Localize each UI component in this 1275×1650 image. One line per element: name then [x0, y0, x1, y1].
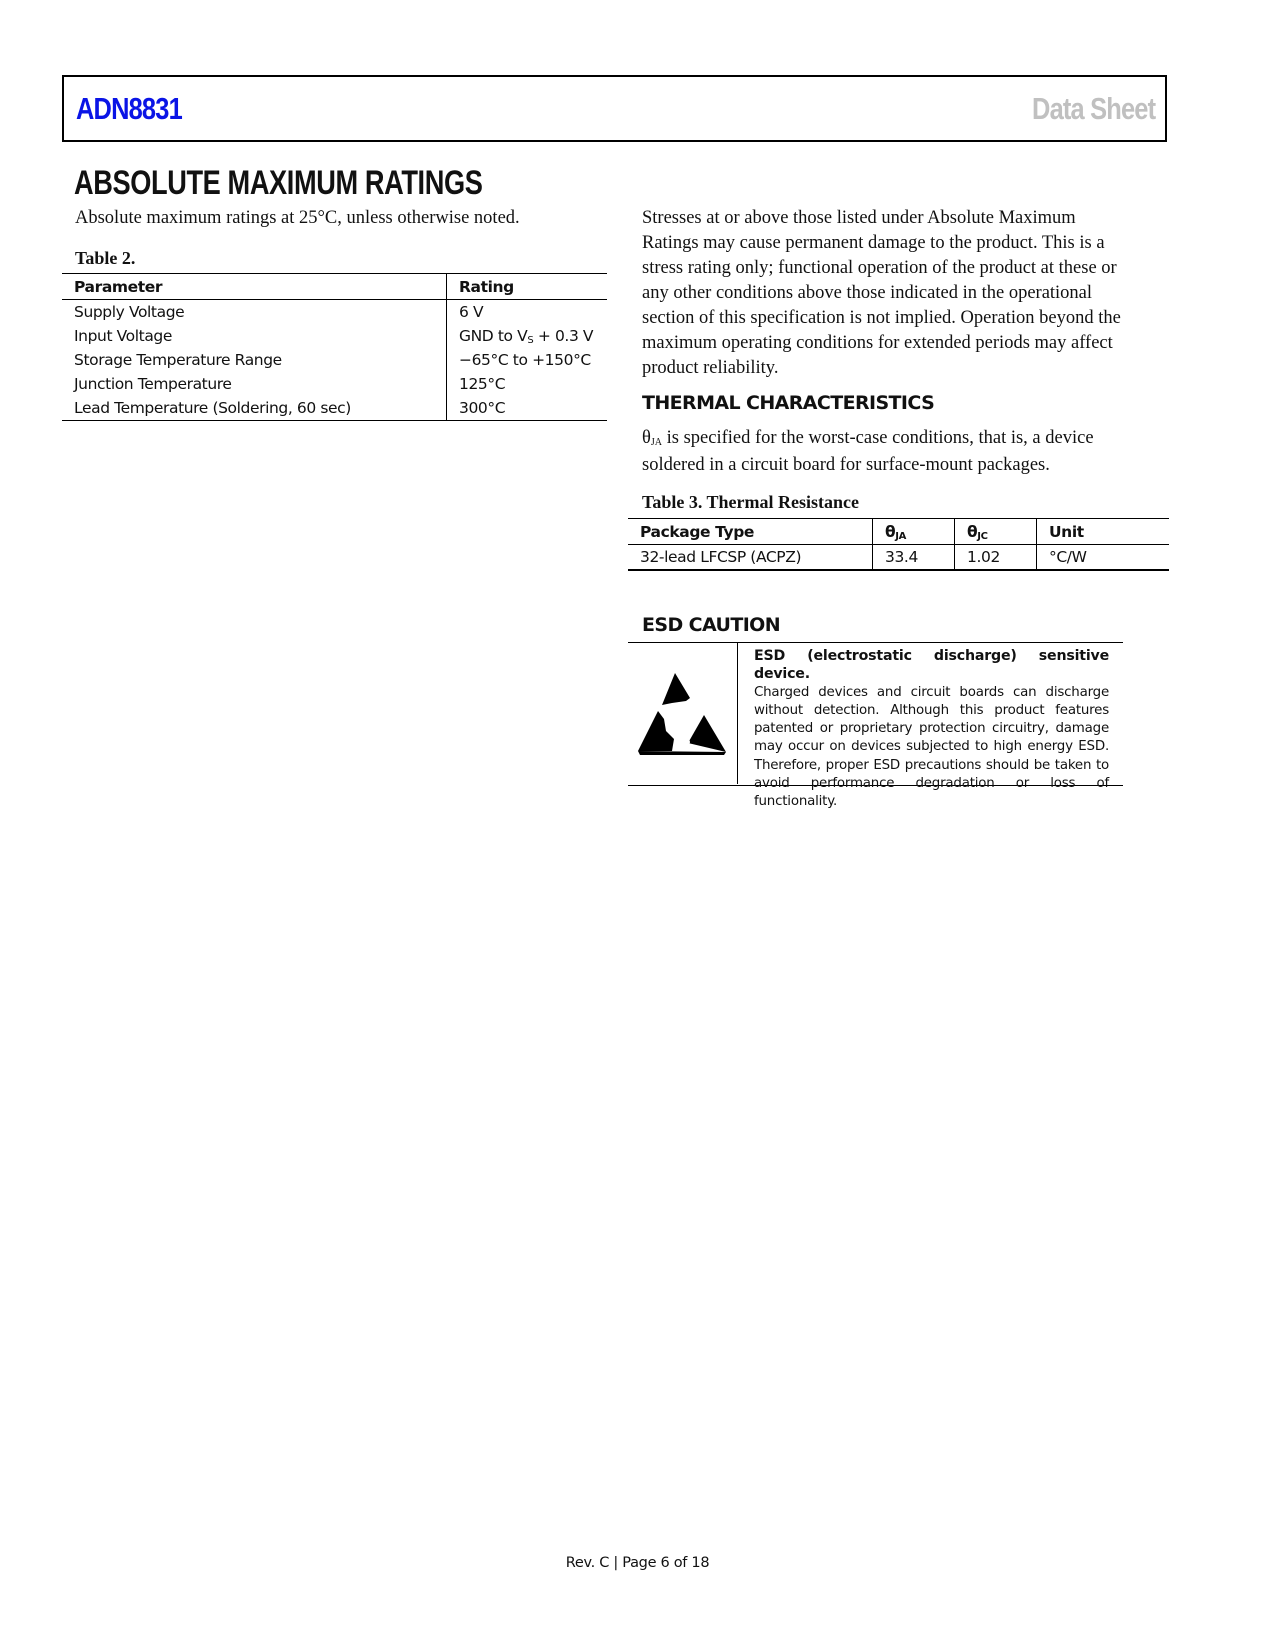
section-title-esd-caution: ESD CAUTION [642, 614, 780, 636]
thermal-resistance-table: Package Type θJA θJC Unit 32-lead LFCSP … [628, 518, 1169, 571]
stress-paragraph-line: maximum operating conditions for extende… [642, 331, 1121, 356]
thermal-description: θJA is specified for the worst-case cond… [642, 426, 1094, 478]
parameter-cell: Junction Temperature [62, 372, 447, 396]
esd-warning-icon [628, 643, 738, 784]
parameter-cell: Input Voltage [62, 324, 447, 348]
absolute-max-ratings-table: Parameter Rating Supply Voltage 6 V Inpu… [62, 273, 607, 421]
table2-caption: Table 2. [75, 248, 135, 269]
stress-paragraph-line: stress rating only; functional operation… [642, 256, 1121, 281]
col-header-package-type: Package Type [628, 519, 873, 545]
col-header-parameter: Parameter [62, 274, 447, 300]
parameter-cell: Supply Voltage [62, 300, 447, 325]
stress-paragraph-line: any other conditions above those indicat… [642, 281, 1121, 306]
package-cell: 32-lead LFCSP (ACPZ) [628, 545, 873, 571]
theta-jc-cell: 1.02 [955, 545, 1037, 571]
esd-description: ESD (electrostatic discharge) sensitive … [754, 647, 1109, 812]
parameter-cell: Lead Temperature (Soldering, 60 sec) [62, 396, 447, 421]
rating-cell: −65°C to +150°C [447, 348, 608, 372]
unit-cell: °C/W [1037, 545, 1170, 571]
theta-symbol: θ [642, 428, 651, 448]
table-row: Input Voltage GND to VS + 0.3 V [62, 324, 607, 348]
product-name: ADN8831 [76, 91, 182, 127]
rating-subscript: S [527, 335, 533, 346]
table-header-row: Package Type θJA θJC Unit [628, 519, 1169, 545]
thermal-description-line: soldered in a circuit board for surface-… [642, 455, 1050, 475]
page-footer: Rev. C | Page 6 of 18 [0, 1555, 1275, 1571]
col-header-theta-ja: θJA [873, 519, 955, 545]
table-header-row: Parameter Rating [62, 274, 607, 300]
table3-caption: Table 3. Thermal Resistance [642, 492, 859, 513]
theta-subscript: JA [895, 531, 906, 542]
esd-line: patented or proprietary protection circu… [754, 720, 1109, 738]
page-header: ADN8831 Data Sheet [62, 75, 1167, 142]
esd-line: without detection. Although this product… [754, 702, 1109, 720]
col-header-rating: Rating [447, 274, 608, 300]
section-title-absolute-maximum-ratings: ABSOLUTE MAXIMUM RATINGS [74, 164, 482, 203]
table-row: Junction Temperature 125°C [62, 372, 607, 396]
rating-text: + 0.3 V [533, 327, 593, 345]
rating-cell: GND to VS + 0.3 V [447, 324, 608, 348]
stress-paragraph: Stresses at or above those listed under … [642, 206, 1121, 381]
theta-symbol: θ [885, 523, 895, 541]
table-row: Storage Temperature Range −65°C to +150°… [62, 348, 607, 372]
esd-line: Charged devices and circuit boards can d… [754, 684, 1109, 702]
esd-line: may occur on devices subjected to high e… [754, 738, 1109, 756]
theta-subscript: JC [977, 531, 987, 542]
theta-symbol: θ [967, 523, 977, 541]
stress-paragraph-line: Ratings may cause permanent damage to th… [642, 231, 1121, 256]
esd-heading: ESD (electrostatic discharge) sensitive … [754, 647, 1109, 684]
theta-subscript: JA [651, 437, 662, 448]
esd-line: Therefore, proper ESD precautions should… [754, 757, 1109, 775]
stress-paragraph-line: product reliability. [642, 356, 1121, 381]
theta-ja-cell: 33.4 [873, 545, 955, 571]
col-header-theta-jc: θJC [955, 519, 1037, 545]
table-row: Supply Voltage 6 V [62, 300, 607, 325]
rating-cell: 300°C [447, 396, 608, 421]
thermal-description-line: is specified for the worst-case conditio… [662, 428, 1094, 448]
stress-paragraph-line: section of this specification is not imp… [642, 306, 1121, 331]
esd-caution-box: ESD (electrostatic discharge) sensitive … [628, 642, 1123, 786]
rating-cell: 6 V [447, 300, 608, 325]
section-title-thermal-characteristics: THERMAL CHARACTERISTICS [642, 392, 934, 414]
stress-paragraph-line: Stresses at or above those listed under … [642, 206, 1121, 231]
rating-text: GND to V [459, 327, 527, 345]
abs-max-intro: Absolute maximum ratings at 25°C, unless… [75, 206, 520, 231]
col-header-unit: Unit [1037, 519, 1170, 545]
table-row: Lead Temperature (Soldering, 60 sec) 300… [62, 396, 607, 421]
parameter-cell: Storage Temperature Range [62, 348, 447, 372]
table-row: 32-lead LFCSP (ACPZ) 33.4 1.02 °C/W [628, 545, 1169, 571]
esd-icon-cell [628, 643, 738, 784]
document-type: Data Sheet [1032, 91, 1155, 127]
rating-cell: 125°C [447, 372, 608, 396]
esd-line: avoid performance degradation or loss of… [754, 775, 1109, 812]
